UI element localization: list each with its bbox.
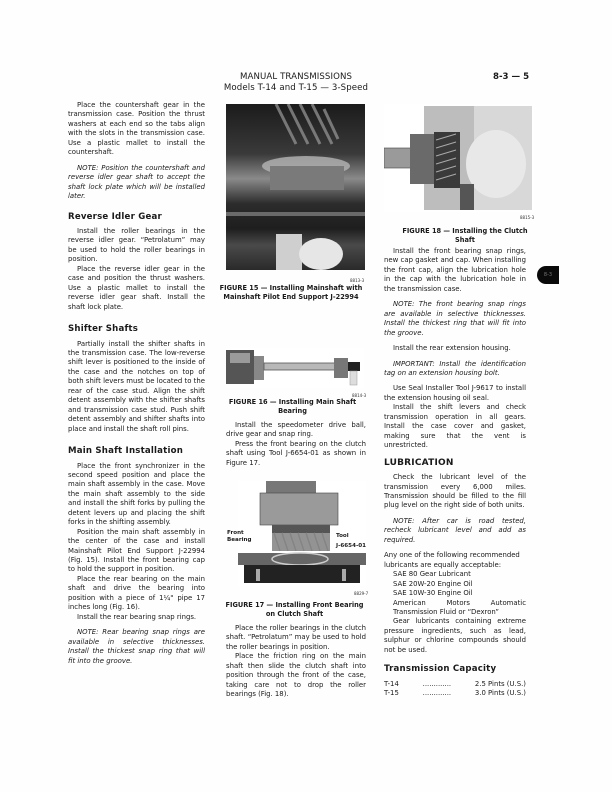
figure-15-code: 8813-3	[350, 278, 364, 283]
capacity-model: T-14	[384, 680, 399, 689]
page-header-title: MANUAL TRANSMISSIONS Models T-14 and T-1…	[216, 72, 376, 94]
reverse-idler-paragraph-2: Place the reverse idler gear in the case…	[68, 265, 205, 312]
shift-levers-paragraph: Install the shift levers and check trans…	[384, 403, 526, 450]
extreme-pressure-warning: Gear lubricants containing extreme press…	[384, 617, 526, 655]
heading-main-shaft-installation: Main Shaft Installation	[68, 447, 205, 456]
figure-17-callout-tool-label: Tool	[336, 533, 349, 540]
main-shaft-paragraph-1: Place the front synchronizer in the seco…	[68, 462, 205, 528]
clutch-shaft-illustration	[384, 104, 534, 212]
header-subtitle: Models T-14 and T-15 — 3-Speed	[216, 83, 376, 94]
middle-column-text-upper: Install the speedometer drive ball, driv…	[226, 421, 366, 468]
capacity-model: T-15	[384, 689, 399, 698]
shifter-shafts-paragraph: Partially install the shifter shafts in …	[68, 340, 205, 435]
right-column: Install the front bearing snap rings, ne…	[384, 247, 526, 699]
heading-shifter-shafts: Shifter Shafts	[68, 325, 205, 334]
heading-lubrication: LUBRICATION	[384, 459, 526, 468]
figure-16-caption: FIGURE 16 — Installing Main Shaft Bearin…	[220, 398, 365, 416]
front-cap-paragraph: Install the front bearing snap rings, ne…	[384, 247, 526, 294]
capacity-value: 2.5 Pints (U.S.)	[475, 680, 526, 689]
lubricant-item: SAE 80 Gear Lubricant	[384, 570, 526, 579]
figure-15-photo	[226, 104, 365, 270]
capacity-value: 3.0 Pints (U.S.)	[475, 689, 526, 698]
lubrication-note: NOTE: After car is road tested, recheck …	[384, 517, 526, 545]
capacity-leader-dots: .............	[423, 689, 451, 698]
figure-17-callout-front-bearing: Front Bearing	[227, 530, 257, 544]
page-number: 8-3 — 5	[493, 72, 529, 82]
heading-reverse-idler-gear: Reverse Idler Gear	[68, 213, 205, 222]
capacity-row: T-14 ............. 2.5 Pints (U.S.)	[384, 680, 526, 689]
capacity-row: T-15 ............. 3.0 Pints (U.S.)	[384, 689, 526, 698]
rear-extension-paragraph: Install the rear extension housing.	[384, 344, 526, 353]
lubrication-paragraph: Check the lubricant level of the transmi…	[384, 473, 526, 511]
seal-installer-paragraph: Use Seal Installer Tool J-9617 to instal…	[384, 384, 526, 403]
manual-page: MANUAL TRANSMISSIONS Models T-14 and T-1…	[0, 0, 612, 792]
reverse-idler-paragraph-1: Install the roller bearings in the rever…	[68, 227, 205, 265]
main-shaft-bearing-tool-illustration	[226, 348, 364, 388]
middle-column-text-lower: Place the roller bearings in the clutch …	[226, 624, 366, 700]
left-column: Place the countershaft gear in the trans…	[68, 101, 205, 666]
lubricant-item: SAE 20W-20 Engine Oil	[384, 580, 526, 589]
section-tab-marker: 8-3	[537, 266, 559, 284]
front-bearing-press-paragraph: Press the front bearing on the clutch sh…	[226, 440, 366, 468]
friction-ring-paragraph: Place the friction ring on the main shaf…	[226, 652, 366, 699]
speedometer-paragraph: Install the speedometer drive ball, driv…	[226, 421, 366, 440]
lubricant-item: SAE 10W-30 Engine Oil	[384, 589, 526, 598]
main-shaft-paragraph-4: Install the rear bearing snap rings.	[68, 613, 205, 622]
clutch-roller-bearings-paragraph: Place the roller bearings in the clutch …	[226, 624, 366, 652]
main-shaft-paragraph-2: Position the main shaft assembly in the …	[68, 528, 205, 575]
figure-18-photo	[384, 104, 534, 212]
main-shaft-note: NOTE: Rear bearing snap rings are availa…	[68, 628, 205, 666]
countershaft-paragraph: Place the countershaft gear in the trans…	[68, 101, 205, 158]
heading-transmission-capacity: Transmission Capacity	[384, 665, 526, 674]
header-section-title: MANUAL TRANSMISSIONS	[216, 72, 376, 83]
figure-18-caption: FIGURE 18 — Installing the Clutch Shaft	[395, 227, 535, 245]
front-snap-rings-note: NOTE: The front bearing snap rings are a…	[384, 300, 526, 338]
figure-15-caption: FIGURE 15 — Installing Mainshaft with Ma…	[215, 284, 367, 302]
capacity-leader-dots: .............	[423, 680, 451, 689]
lubricant-item: American Motors Automatic Transmission F…	[384, 599, 526, 618]
figure-17-caption: FIGURE 17 — Installing Front Bearing on …	[222, 601, 367, 619]
identification-tag-important: IMPORTANT: Install the identification ta…	[384, 360, 526, 379]
figure-18-code: 8815-3	[520, 215, 534, 220]
figure-17-callout-tool-number: J-6654-01	[336, 543, 366, 550]
figure-17-code: 8829-7	[354, 591, 368, 596]
countershaft-note: NOTE: Position the countershaft and reve…	[68, 164, 205, 202]
main-shaft-paragraph-3: Place the rear bearing on the main shaft…	[68, 575, 205, 613]
mainshaft-gear-illustration	[226, 104, 365, 270]
lubricants-intro: Any one of the following recommended lub…	[384, 551, 526, 570]
figure-16-photo	[226, 348, 364, 388]
